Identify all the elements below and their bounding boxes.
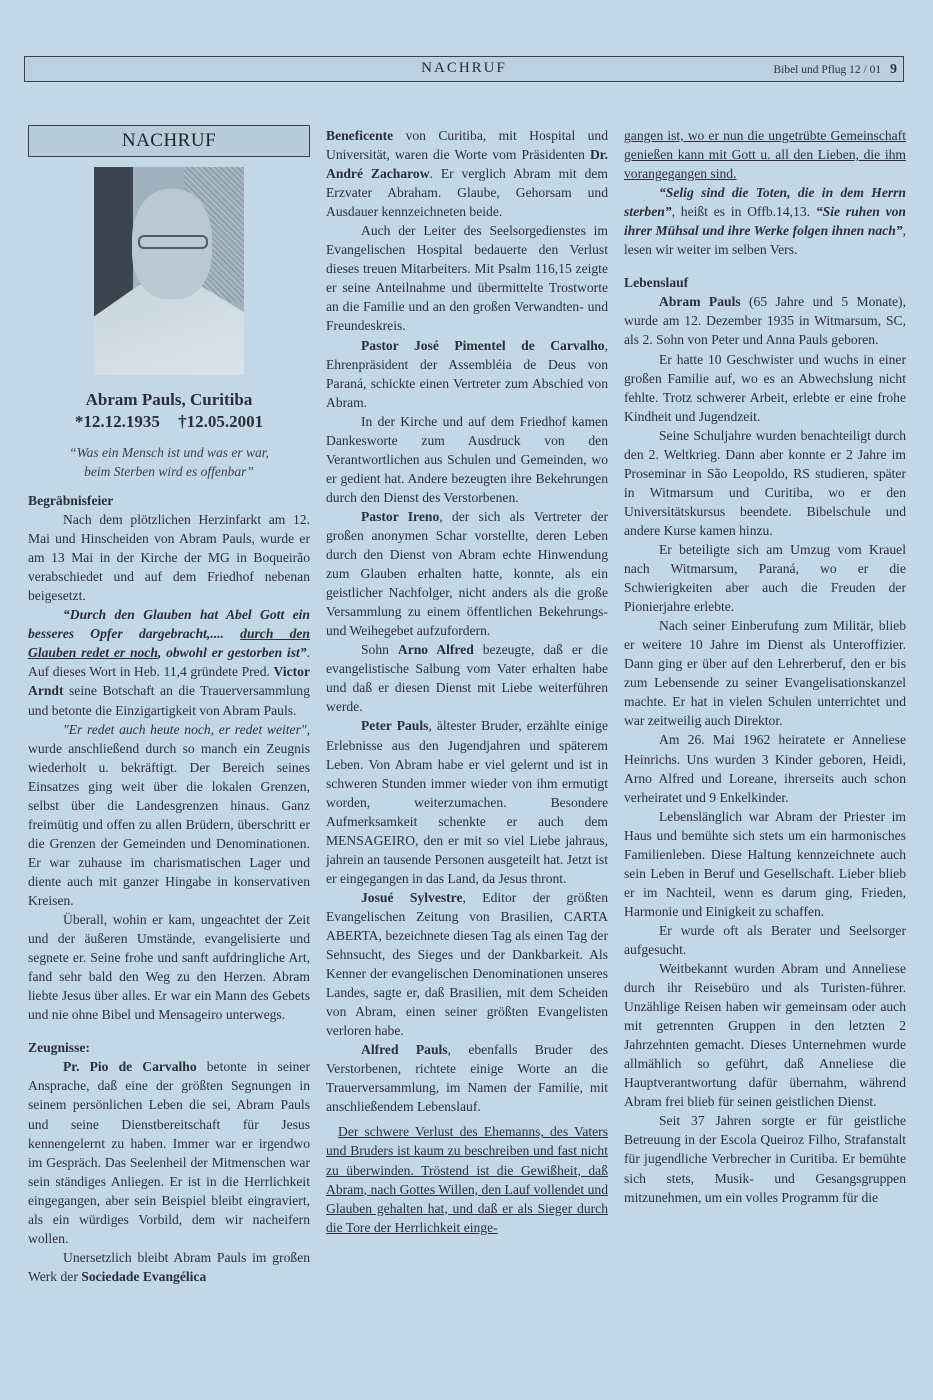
paragraph: Er beteiligte sich am Umzug vom Krauel n… [624,540,906,616]
header-meta: Bibel und Pflug 12 / 01 9 [773,62,897,78]
section-heading-testimonies: Zeugnisse: [28,1038,310,1057]
paragraph: Seine Schuljahre wurden benachteiligt du… [624,426,906,540]
issue-number: 12 / 01 [849,64,881,76]
paragraph: Überall, wohin er kam, ungeachtet der Ze… [28,910,310,1024]
paragraph: “Selig sind die Toten, die in dem Herrn … [624,183,906,259]
underlined-paragraph: Der schwere Verlust des Ehemanns, des Va… [326,1122,608,1236]
paragraph: Nach dem plötzlichen Herzinfarkt am 12. … [28,510,310,605]
column-2: Beneficente von Curitiba, mit Hospital u… [326,126,608,1237]
paragraph: “Durch den Glauben hat Abel Gott ein bes… [28,605,310,719]
paragraph: Pr. Pio de Carvalho betonte in seiner An… [28,1057,310,1247]
paragraph: Beneficente von Curitiba, mit Hospital u… [326,126,608,221]
column-1: NACHRUF Abram Pauls, Curitiba *12.12.193… [28,125,310,1286]
paragraph: Josué Sylvestre, Editor der größten Evan… [326,888,608,1040]
underlined-paragraph: gangen ist, wo er nun die ungetrübte Gem… [624,126,906,183]
paragraph: Er hatte 10 Geschwister und wuchs in ein… [624,350,906,426]
paragraph: Er wurde oft als Berater und Seelsorger … [624,921,906,959]
paragraph: In der Kirche und auf dem Friedhof kamen… [326,412,608,507]
page-number: 9 [890,62,897,77]
paragraph: Am 26. Mai 1962 heiratete er Anneliese H… [624,730,906,806]
column-3: gangen ist, wo er nun die ungetrübte Gem… [624,126,906,1207]
paragraph: "Er redet auch heute noch, er redet weit… [28,720,310,910]
paragraph: Sohn Arno Alfred bezeugte, daß er die ev… [326,640,608,716]
running-header: NACHRUF Bibel und Pflug 12 / 01 9 [24,56,904,82]
section-heading-funeral: Begräbnisfeier [28,491,310,510]
paragraph: Nach seiner Einberufung zum Militär, bli… [624,616,906,730]
section-heading-life: Lebenslauf [624,273,906,292]
paragraph: Pastor José Pimentel de Carvalho, Ehrenp… [326,336,608,412]
portrait-photo [94,167,244,375]
paragraph: Lebenslänglich war Abram der Priester im… [624,807,906,921]
header-section-title: NACHRUF [25,60,903,77]
publication-name: Bibel und Pflug [773,64,846,76]
paragraph: Pastor Ireno, der sich als Vertreter der… [326,507,608,640]
paragraph: Peter Pauls, ältester Bruder, erzählte e… [326,716,608,887]
person-name: Abram Pauls, Curitiba [28,389,310,411]
paragraph: Abram Pauls (65 Jahre und 5 Monate), wur… [624,292,906,349]
person-dates: *12.12.1935 †12.05.2001 [28,411,310,433]
paragraph: Seit 37 Jahren sorgte er für geistliche … [624,1111,906,1206]
paragraph: Auch der Leiter des Seelsorgedienstes im… [326,221,608,335]
paragraph: Unersetzlich bleibt Abram Pauls im große… [28,1248,310,1286]
article-title-box: NACHRUF [28,125,310,157]
paragraph: Alfred Pauls, ebenfalls Bruder des Verst… [326,1040,608,1116]
paragraph: Weitbekannt wurden Abram und Anneliese d… [624,959,906,1111]
motto-quote: “Was ein Mensch ist und was er war, beim… [28,443,310,481]
